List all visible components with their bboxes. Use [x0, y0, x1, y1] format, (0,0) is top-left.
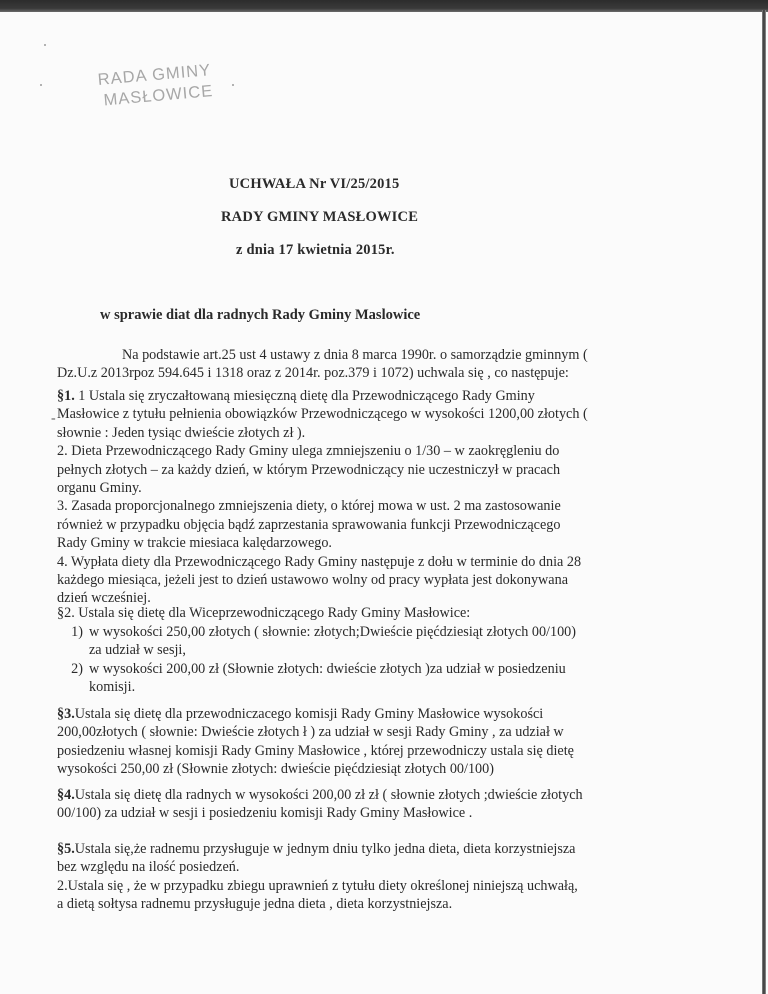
section-1-line: każdego miesiąca, jeżeli jest to dzień u… [57, 571, 588, 589]
section-5-mark: §5. [57, 841, 75, 857]
legal-basis-line-1: Na podstawie art.25 ust 4 ustawy z dnia … [57, 346, 588, 364]
section-1-line: organu Gminy. [57, 479, 588, 497]
section-3-mark: §3. [57, 706, 75, 722]
section-1-line: Rady Gminy w trakcie miesiaca kalędarzow… [57, 534, 588, 552]
legal-basis-line-2: Dz.U.z 2013rpoz 594.645 i 1318 oraz z 20… [57, 364, 588, 382]
scan-right-edge [762, 10, 766, 994]
section-1-mark: §1. [57, 388, 75, 404]
section-4: §4.Ustala się dietę dla radnych w wysoko… [57, 786, 583, 823]
section-1-line: słownie : Jeden tysiąc dwieście złotych … [57, 424, 588, 442]
section-1-line: 2. Dieta Przewodniczącego Rady Gminy ule… [57, 442, 588, 460]
legal-basis-paragraph: Na podstawie art.25 ust 4 ustawy z dnia … [57, 346, 588, 383]
section-4-mark: §4. [57, 787, 75, 803]
resolution-title: UCHWAŁA Nr VI/25/2015 [229, 176, 399, 193]
section-1-line: 4. Wypłata diety dla Przewodniczącego Ra… [57, 553, 588, 571]
section-3: §3.Ustala się dietę dla przewodniczacego… [57, 705, 574, 779]
section-1-line: pełnych złotych – za każdy dzień, w któr… [57, 461, 588, 479]
section-4-line: Ustala się dietę dla radnych w wysokości… [75, 787, 583, 803]
list-item: 2)w wysokości 200,00 zł (Słownie złotych… [57, 660, 576, 678]
section-1-line: 3. Zasada proporcjonalnego zmniejszenia … [57, 497, 588, 515]
section-3-line: posiedzeniu własnej komisji Rady Gminy M… [57, 742, 574, 760]
section-2-line: . Ustala się dietę dla Wiceprzewodnicząc… [71, 605, 470, 621]
list-item-continuation: za udział w sesji, [57, 641, 576, 659]
resolution-body: RADY GMINY MASŁOWICE [221, 209, 418, 226]
scan-speck [44, 44, 46, 46]
list-item-number: 2) [57, 660, 83, 678]
council-stamp: RADA GMINY MASŁOWICE [97, 60, 214, 112]
section-2-mark: §2 [57, 605, 71, 621]
resolution-subject: w sprawie diat dla radnych Rady Gminy Ma… [100, 307, 420, 324]
section-5-line: Ustala się,że radnemu przysługuje w jedn… [75, 841, 576, 857]
list-item: 1)w wysokości 250,00 złotych ( słownie: … [57, 623, 576, 641]
list-item-text: w wysokości 200,00 zł (Słownie złotych: … [89, 661, 566, 677]
section-5-line: a dietą sołtysa radnemu przysługuje jedn… [57, 895, 578, 913]
list-item-continuation: komisji. [57, 678, 576, 696]
resolution-date: z dnia 17 kwietnia 2015r. [236, 242, 395, 259]
section-5-line: 2.Ustala się , że w przypadku zbiegu upr… [57, 877, 578, 895]
list-item-number: 1) [57, 623, 83, 641]
list-item-text: w wysokości 250,00 złotych ( słownie: zł… [89, 624, 576, 640]
section-1-line: 1 Ustala się zryczałtowaną miesięczną di… [75, 388, 535, 404]
section-3-line: Ustala się dietę dla przewodniczacego ko… [75, 706, 543, 722]
scan-speck [232, 84, 234, 86]
section-1-line: Masłowice z tytułu pełnienia obowiązków … [57, 405, 588, 423]
scan-top-border [0, 0, 768, 12]
section-4-line: 00/100) za udział w sesji i posiedzeniu … [57, 804, 583, 822]
section-2: §2. Ustala się dietę dla Wiceprzewodnicz… [57, 604, 470, 622]
section-1-line: również w przypadku objęcia bądź zaprzes… [57, 516, 588, 534]
section-5: §5.Ustala się,że radnemu przysługuje w j… [57, 840, 578, 914]
section-3-line: 200,00złotych ( słownie: Dwieście złotyc… [57, 723, 574, 741]
scan-speck [40, 84, 42, 86]
scan-margin-dash: - [51, 411, 56, 427]
section-2-list: 1)w wysokości 250,00 złotych ( słownie: … [57, 623, 576, 697]
section-1: §1. 1 Ustala się zryczałtowaną miesięczn… [57, 387, 588, 608]
section-5-line: bez względu na ilość posiedzeń. [57, 858, 578, 876]
section-3-line: wysokości 250,00 zł (Słownie złotych: dw… [57, 760, 574, 778]
